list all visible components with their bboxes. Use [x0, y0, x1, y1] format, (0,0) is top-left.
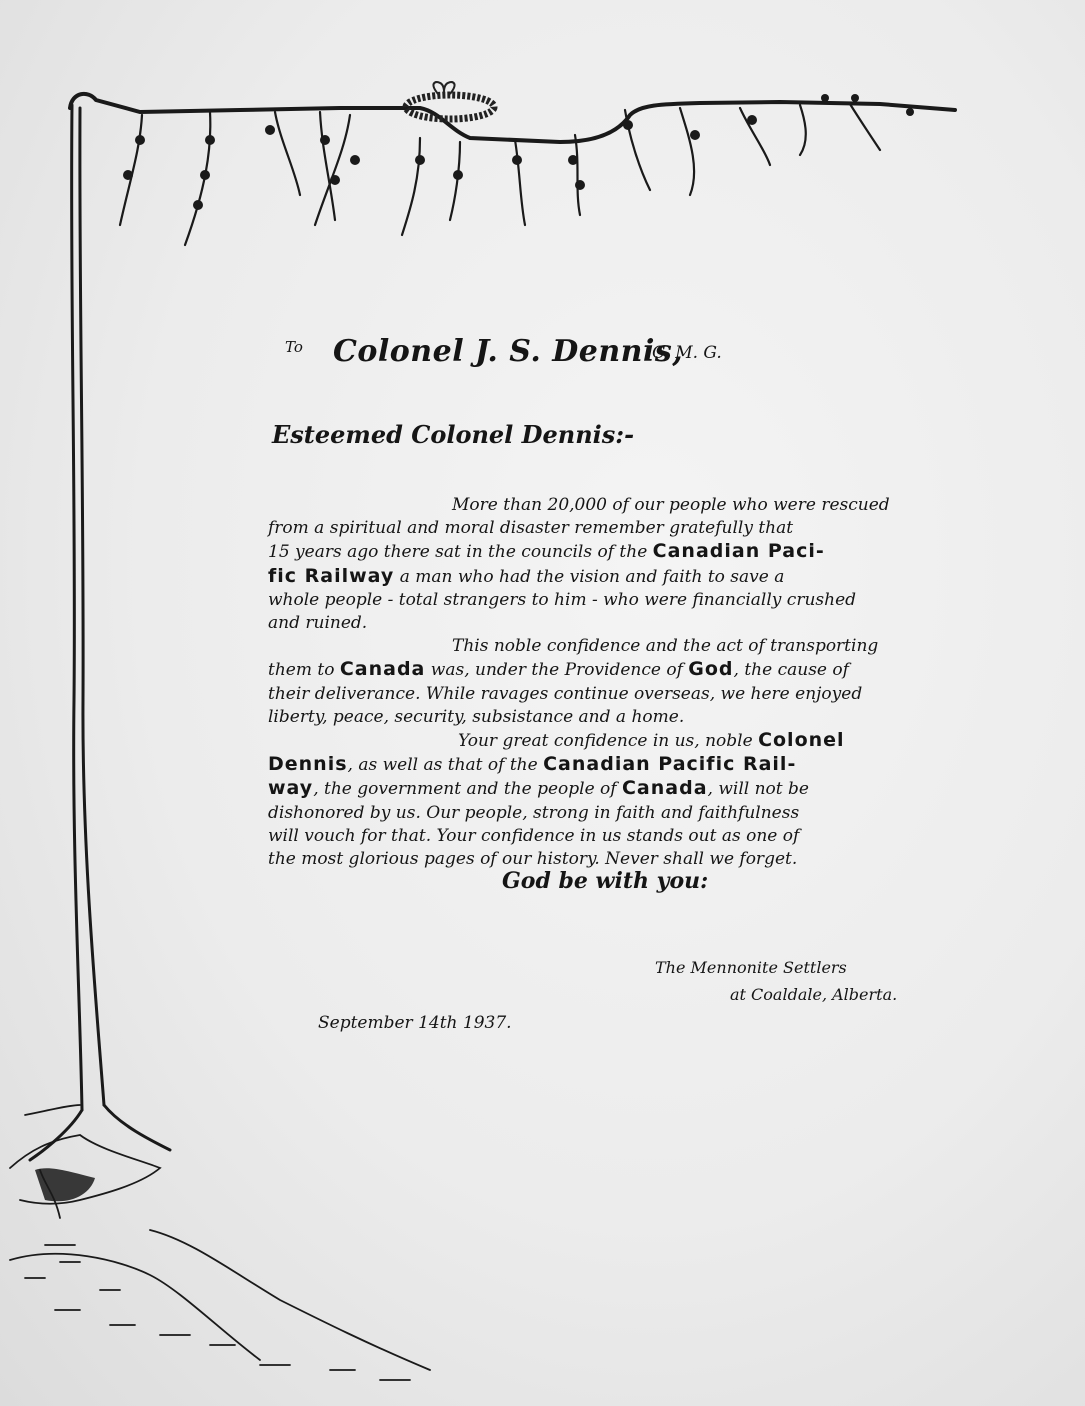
body-line: way, the government and the people of Ca… — [268, 777, 1038, 801]
body-text-span: Your great confidence in us, noble — [458, 731, 753, 751]
body-line: them to Canada was, under the Providence… — [268, 658, 1038, 682]
emphasized-text: Canada — [622, 777, 708, 799]
body-text-span: was, under the Providence of — [431, 660, 683, 680]
emphasized-text: way — [268, 777, 313, 799]
body-line: whole people - total strangers to him - … — [268, 589, 1038, 612]
paragraph-3: Your great confidence in us, noble Colon… — [268, 729, 1038, 871]
body-text-span: , will not be — [708, 779, 809, 799]
body-line: liberty, peace, security, subsistance an… — [268, 706, 1038, 729]
body-text-span: , the government and the people of — [313, 779, 616, 799]
body-line: 15 years ago there sat in the councils o… — [268, 540, 1038, 564]
body-line: Your great confidence in us, noble Colon… — [268, 729, 1038, 753]
body-line: More than 20,000 of our people who were … — [268, 494, 1038, 517]
body-line: dishonored by us. Our people, strong in … — [268, 802, 1038, 825]
letter-date: September 14th 1937. — [318, 1013, 512, 1033]
body-text-span: , the cause of — [734, 660, 849, 680]
paragraph-2: This noble confidence and the act of tra… — [268, 635, 1038, 729]
body-line: This noble confidence and the act of tra… — [268, 635, 1038, 658]
tree-trunk — [30, 105, 170, 1160]
body-text-span: , as well as that of the — [348, 755, 538, 775]
body-text-span: a man who had the vision and faith to sa… — [400, 567, 785, 587]
body-text-span: them to — [268, 660, 334, 680]
emphasized-text: Canadian Paci- — [653, 540, 825, 562]
body-line: from a spiritual and moral disaster reme… — [268, 517, 1038, 540]
paragraph-1: More than 20,000 of our people who were … — [268, 494, 1038, 635]
emphasized-text: fic Railway — [268, 565, 394, 587]
to-label: To — [285, 338, 303, 356]
body-line: and ruined. — [268, 612, 1038, 635]
signature-line-1: The Mennonite Settlers — [655, 958, 847, 977]
body-line: their deliverance. While ravages continu… — [268, 683, 1038, 706]
closing-blessing: God be with you: — [502, 868, 708, 894]
hanging-vines — [120, 104, 880, 245]
signature-line-2: at Coaldale, Alberta. — [730, 985, 897, 1004]
emphasized-text: Canada — [340, 658, 426, 680]
addressee: Colonel J. S. Dennis, — [333, 334, 683, 369]
rock-shading — [35, 1168, 95, 1201]
addressee-honorific: C. M. G. — [652, 343, 722, 363]
emphasized-text: God — [688, 658, 733, 680]
rock-and-ground — [10, 1105, 430, 1380]
emphasized-text: Dennis — [268, 753, 348, 775]
emphasized-text: Colonel — [758, 729, 845, 751]
body-line: will vouch for that. Your confidence in … — [268, 825, 1038, 848]
laurel-wreath-icon — [406, 82, 494, 119]
body-line: fic Railway a man who had the vision and… — [268, 565, 1038, 589]
emphasized-text: Canadian Pacific Rail- — [543, 753, 796, 775]
body-line: Dennis, as well as that of the Canadian … — [268, 753, 1038, 777]
letter-body: More than 20,000 of our people who were … — [268, 494, 1038, 871]
body-text-span: 15 years ago there sat in the councils o… — [268, 542, 647, 562]
vine-branch — [70, 94, 955, 142]
salutation: Esteemed Colonel Dennis:- — [272, 420, 634, 449]
